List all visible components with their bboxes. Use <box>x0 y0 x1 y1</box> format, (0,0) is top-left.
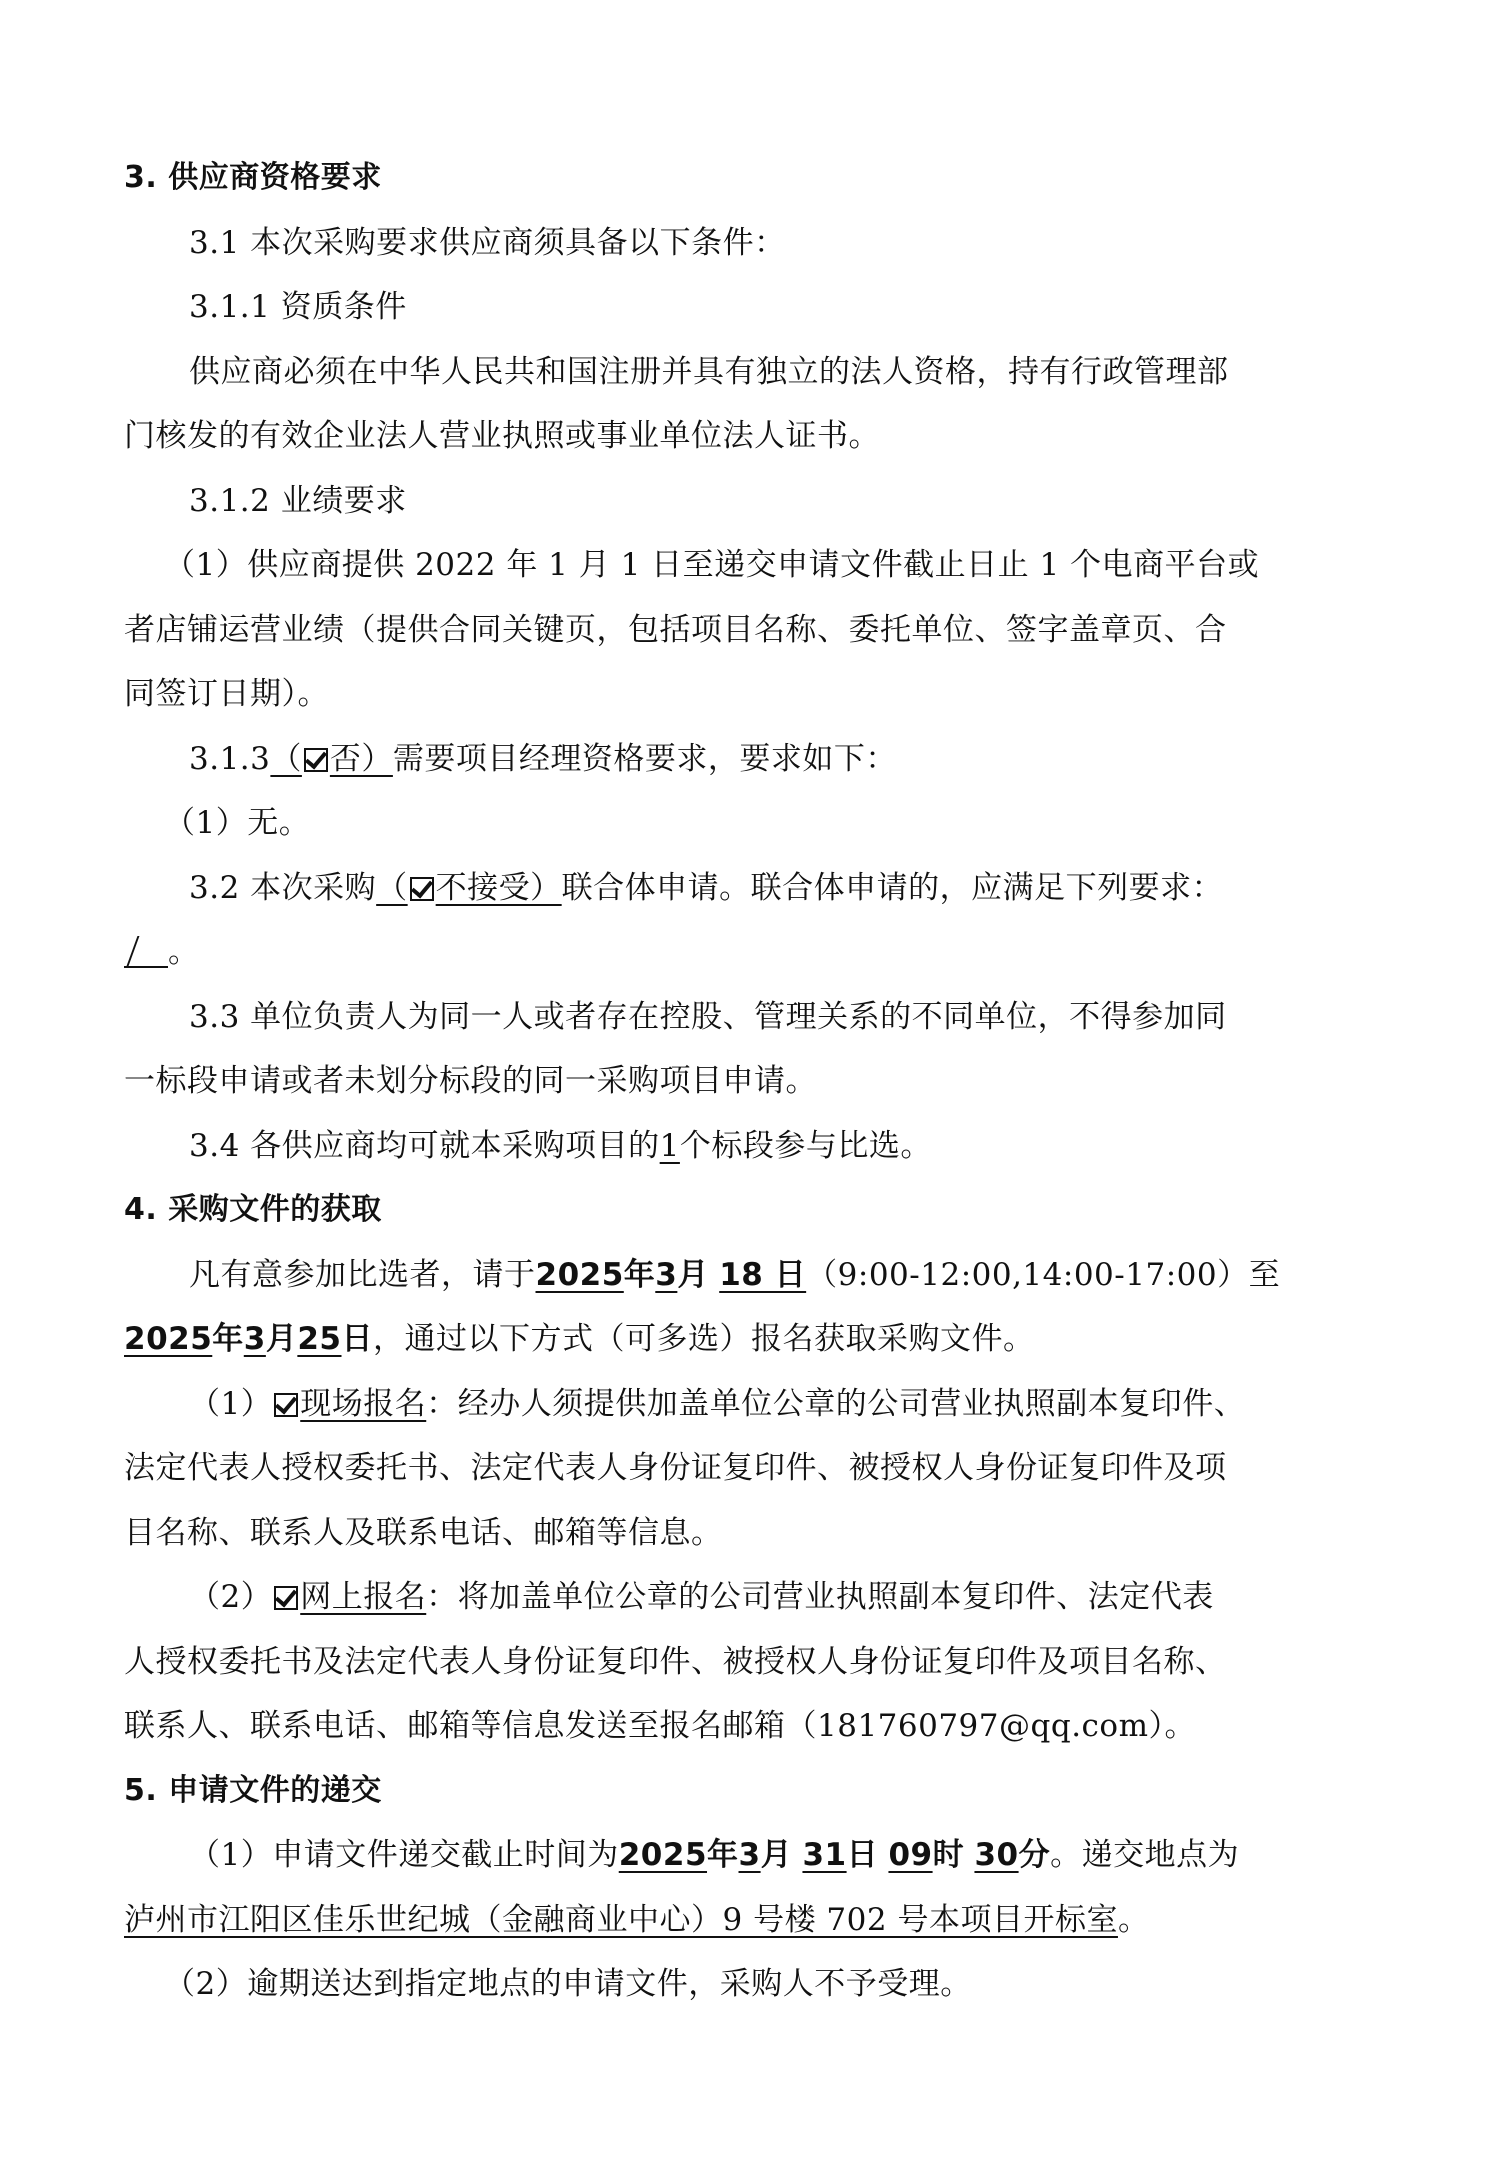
end-month: 3 <box>244 1321 266 1357</box>
late-submission-notice: （2）逾期送达到指定地点的申请文件，采购人不予受理。 <box>124 1952 1380 2017</box>
section-4-intro-line2: 2025年3月25日，通过以下方式（可多选）报名获取采购文件。 <box>124 1307 1380 1372</box>
section-3-heading: 3. 供应商资格要求 <box>124 146 1380 211</box>
clause-3-1-3-item1: （1）无。 <box>124 791 1380 856</box>
option-online-line1: （2）网上报名：将加盖单位公章的公司营业执照副本复印件、法定代表 <box>124 1565 1380 1630</box>
option-number: （2） <box>189 1579 272 1615</box>
clause-3-4-prefix: 3.4 各供应商均可就本采购项目的 <box>189 1128 660 1164</box>
intro-prefix: 凡有意参加比选者，请于 <box>189 1257 536 1293</box>
office-hours: （9:00-12:00,14:00-17:00）至 <box>806 1257 1280 1293</box>
deadline-suffix: 。递交地点为 <box>1050 1837 1239 1873</box>
clause-3-2-suffix: 联合体申请。联合体申请的，应满足下列要求： <box>562 870 1224 906</box>
clause-3-4: 3.4 各供应商均可就本采购项目的1个标段参与比选。 <box>124 1114 1380 1179</box>
clause-3-1: 3.1 本次采购要求供应商须具备以下条件： <box>124 211 1380 276</box>
clause-3-1-3: 3.1.3（否）需要项目经理资格要求，要求如下： <box>124 727 1380 792</box>
deadline-day: 31 <box>802 1837 846 1873</box>
onsite-registration-text: ：经办人须提供加盖单位公章的公司营业执照副本复印件、 <box>426 1386 1245 1422</box>
consortium-option-label: 不接受） <box>436 870 562 906</box>
start-day: 18 日 <box>719 1257 806 1293</box>
clause-3-1-2-line2: 者店铺运营业绩（提供合同关键页，包括项目名称、委托单位、签字盖章页、合 <box>124 598 1380 663</box>
checkbox-checked-icon <box>274 1586 298 1610</box>
month-char: 月 <box>266 1321 298 1357</box>
onsite-registration-option: 现场报名 <box>272 1386 426 1422</box>
pm-requirement-option: （否） <box>270 741 393 777</box>
lot-count: 1 <box>660 1128 680 1164</box>
submission-address-line: 泸州市江阳区佳乐世纪城（金融商业中心）9 号楼 702 号本项目开标室。 <box>124 1888 1380 1953</box>
option-onsite-line2: 法定代表人授权委托书、法定代表人身份证复印件、被授权人身份证复印件及项 <box>124 1436 1380 1501</box>
deadline-prefix: （1）申请文件递交截止时间为 <box>189 1837 619 1873</box>
year-char: 年 <box>212 1321 244 1357</box>
section-5-heading: 5. 申请文件的递交 <box>124 1759 1380 1824</box>
pm-requirement-option-label: 否） <box>330 741 393 777</box>
option-onsite-line3: 目名称、联系人及联系电话、邮箱等信息。 <box>124 1501 1380 1566</box>
section-4-intro-line1: 凡有意参加比选者，请于2025年3月 18 日（9:00-12:00,14:00… <box>124 1243 1380 1308</box>
start-year: 2025 <box>536 1257 624 1293</box>
deadline-hour: 09 <box>888 1837 932 1873</box>
slash-blank-field <box>124 936 168 968</box>
document-page: 3. 供应商资格要求 3.1 本次采购要求供应商须具备以下条件： 3.1.1 资… <box>124 146 1380 2017</box>
start-month: 3 <box>655 1257 677 1293</box>
clause-3-2-blank-line: 。 <box>124 920 1380 985</box>
clause-3-4-suffix: 个标段参与比选。 <box>680 1128 932 1164</box>
checkbox-checked-icon <box>410 877 434 901</box>
end-year: 2025 <box>124 1321 212 1357</box>
clause-3-1-1-text-line1: 供应商必须在中华人民共和国注册并具有独立的法人资格，持有行政管理部 <box>124 340 1380 405</box>
option-open-paren: （ <box>270 741 302 777</box>
option-online-line2: 人授权委托书及法定代表人身份证复印件、被授权人身份证复印件及项目名称、 <box>124 1630 1380 1695</box>
deadline-month: 3 <box>739 1837 761 1873</box>
day-char: 日 <box>847 1837 879 1873</box>
submission-deadline-line: （1）申请文件递交截止时间为2025年3月 31日 09时 30分。递交地点为 <box>124 1823 1380 1888</box>
clause-3-1-1-title: 3.1.1 资质条件 <box>124 275 1380 340</box>
onsite-registration-label: 现场报名 <box>300 1386 426 1422</box>
deadline-year: 2025 <box>619 1837 707 1873</box>
hour-char: 时 <box>933 1837 965 1873</box>
clause-3-3-line1: 3.3 单位负责人为同一人或者存在控股、管理关系的不同单位，不得参加同 <box>124 985 1380 1050</box>
option-onsite-line1: （1）现场报名：经办人须提供加盖单位公章的公司营业执照副本复印件、 <box>124 1372 1380 1437</box>
section-4-heading: 4. 采购文件的获取 <box>124 1178 1380 1243</box>
clause-3-3-line2: 一标段申请或者未划分标段的同一采购项目申请。 <box>124 1049 1380 1114</box>
month-char: 月 <box>761 1837 793 1873</box>
clause-3-1-3-suffix: 需要项目经理资格要求，要求如下： <box>393 741 897 777</box>
year-char: 年 <box>624 1257 656 1293</box>
clause-3-1-2-line3: 同签订日期）。 <box>124 662 1380 727</box>
year-char: 年 <box>707 1837 739 1873</box>
option-number: （1） <box>189 1386 272 1422</box>
consortium-option: （不接受） <box>376 870 562 906</box>
clause-3-2: 3.2 本次采购（不接受）联合体申请。联合体申请的，应满足下列要求： <box>124 856 1380 921</box>
online-registration-text: ：将加盖单位公章的公司营业执照副本复印件、法定代表 <box>426 1579 1214 1615</box>
clause-3-1-1-text-line2: 门核发的有效企业法人营业执照或事业单位法人证书。 <box>124 404 1380 469</box>
minute-char: 分 <box>1019 1837 1051 1873</box>
month-char: 月 <box>677 1257 709 1293</box>
checkbox-checked-icon <box>274 1393 298 1417</box>
option-open-paren: （ <box>376 870 408 906</box>
submission-address: 泸州市江阳区佳乐世纪城（金融商业中心）9 号楼 702 号本项目开标室 <box>124 1902 1118 1938</box>
clause-3-1-2-line1: （1）供应商提供 2022 年 1 月 1 日至递交申请文件截止日止 1 个电商… <box>124 533 1380 598</box>
online-registration-label: 网上报名 <box>300 1579 426 1615</box>
clause-3-1-2-title: 3.1.2 业绩要求 <box>124 469 1380 534</box>
option-online-line3: 联系人、联系电话、邮箱等信息发送至报名邮箱（181760797@qq.com）。 <box>124 1694 1380 1759</box>
deadline-minute: 30 <box>974 1837 1018 1873</box>
day-char: 日 <box>342 1321 374 1357</box>
clause-3-2-prefix: 3.2 本次采购 <box>189 870 376 906</box>
checkbox-checked-icon <box>304 748 328 772</box>
end-day: 25 <box>297 1321 341 1357</box>
address-end: 。 <box>1118 1902 1150 1938</box>
online-registration-option: 网上报名 <box>272 1579 426 1615</box>
clause-3-1-3-prefix: 3.1.3 <box>189 741 270 777</box>
intro-suffix: ，通过以下方式（可多选）报名获取采购文件。 <box>373 1321 1035 1357</box>
clause-3-2-end: 。 <box>168 934 200 970</box>
